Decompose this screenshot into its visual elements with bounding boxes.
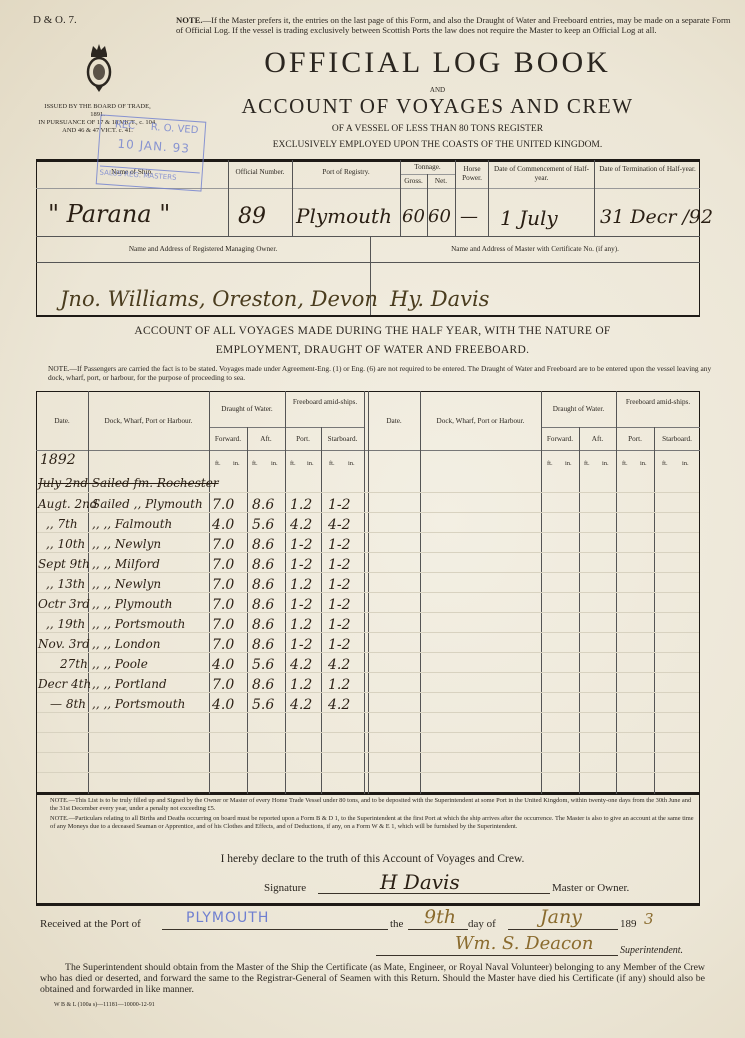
ruled-line — [37, 652, 699, 653]
col-date-2: Date. — [368, 417, 420, 426]
row-dock: ,, ,, Poole — [92, 657, 148, 671]
year-entry: 1892 — [40, 452, 76, 468]
row-aft: 8.6 — [252, 557, 274, 573]
col-port: Port. — [285, 435, 321, 444]
row-date: ,, 13th — [46, 577, 85, 591]
unit-ft: ft. — [329, 460, 335, 467]
ruled-line — [37, 752, 699, 753]
row-date: Nov. 3rd — [38, 637, 90, 651]
form-code: D & O. 7. — [33, 14, 77, 26]
col-port-2: Port. — [616, 435, 654, 444]
ruled-line — [37, 572, 699, 573]
unit-in: in. — [348, 460, 355, 467]
unit-in: in. — [640, 460, 647, 467]
official-number-value: 89 — [238, 204, 266, 229]
received-port-stamp: PLYMOUTH — [186, 910, 269, 926]
superintendent-note: The Superintendent should obtain from th… — [40, 962, 705, 995]
col-forward-2: Forward. — [541, 435, 579, 444]
divider — [488, 160, 489, 236]
ruled-line — [37, 772, 699, 773]
row-forward: 7.0 — [212, 577, 234, 593]
label-commencement: Date of Commencement of Half-year. — [490, 165, 593, 183]
row-aft: 8.6 — [252, 637, 274, 653]
row-starboard: 1-2 — [328, 617, 351, 633]
printer-imprint: W B & L (100a s)—11181—10000-12-91 — [54, 1002, 155, 1008]
row-dock: ,, ,, Portland — [92, 677, 167, 691]
row-starboard: 1-2 — [328, 637, 351, 653]
row-forward: 7.0 — [212, 617, 234, 633]
row-dock: ,, ,, Portsmouth — [92, 697, 185, 711]
signature-label: Signature — [264, 882, 306, 894]
net-value: 60 — [428, 206, 451, 227]
ruled-line — [37, 532, 699, 533]
unit-in: in. — [271, 460, 278, 467]
col-draught: Draught of Water. — [209, 405, 285, 414]
row-aft: 5.6 — [252, 697, 274, 713]
row-date: Decr 4th — [38, 677, 91, 691]
row-dock: Sailed ,, Plymouth — [92, 497, 203, 511]
row-starboard: 1-2 — [328, 577, 351, 593]
row-forward: 7.0 — [212, 537, 234, 553]
col-dock: Dock, Wharf, Port or Harbour. — [88, 417, 209, 426]
voyages-title-line-2: EMPLOYMENT, DRAUGHT OF WATER AND FREEBOA… — [0, 341, 745, 360]
year-value: 3 — [644, 910, 654, 928]
received-label: Received at the Port of — [40, 918, 141, 930]
row-date: ,, 10th — [46, 537, 85, 551]
voyages-section-title: ACCOUNT OF ALL VOYAGES MADE DURING THE H… — [0, 322, 745, 360]
row-aft: 5.6 — [252, 517, 274, 533]
row-starboard: 1-2 — [328, 497, 351, 513]
row-aft: 5.6 — [252, 657, 274, 673]
row-forward: 4.0 — [212, 697, 234, 713]
ruled-line — [37, 712, 699, 713]
col-aft-2: Aft. — [579, 435, 616, 444]
label-owner: Name and Address of Registered Managing … — [36, 245, 370, 254]
label-tonnage: Tonnage. — [400, 163, 455, 172]
row-port: 1-2 — [290, 597, 313, 613]
month-value: Jany — [540, 906, 582, 928]
row-port: 1.2 — [290, 617, 312, 633]
row-port: 1.2 — [290, 577, 312, 593]
row-starboard: 1-2 — [328, 597, 351, 613]
col-starboard: Starboard. — [321, 435, 364, 444]
signature-value: H Davis — [380, 870, 460, 894]
row-dock: ,, ,, Plymouth — [92, 597, 172, 611]
divider — [321, 427, 322, 794]
commencement-value: 1 July — [500, 206, 558, 230]
signature-role: Master or Owner. — [552, 882, 629, 894]
row-date: — 8th — [50, 697, 86, 711]
ruled-line — [37, 492, 699, 493]
row-aft: 8.6 — [252, 677, 274, 693]
divider — [36, 904, 700, 906]
row-forward: 4.0 — [212, 657, 234, 673]
row-aft: 8.6 — [252, 617, 274, 633]
ruled-line — [37, 732, 699, 733]
row-aft: 8.6 — [252, 537, 274, 553]
superintendent-label: Superintendent. — [620, 945, 683, 956]
divider — [36, 262, 700, 263]
divider — [36, 315, 700, 317]
log-book-page: D & O. 7. NOTE.—If the Master prefers it… — [0, 0, 745, 1038]
ruled-line — [37, 552, 699, 553]
unit-ft: ft. — [584, 460, 590, 467]
received-stamp: REC R. O. VED 10 JAN. 93 SALUS REG. MAST… — [96, 114, 207, 191]
unit-ft: ft. — [252, 460, 258, 467]
owner-value: Jno. Williams, Oreston, Devon — [60, 287, 378, 311]
page-title: OFFICIAL LOG BOOK — [0, 46, 745, 80]
row-port: 4.2 — [290, 517, 312, 533]
divider — [209, 427, 364, 428]
row-dock: ,, ,, Newlyn — [92, 537, 161, 551]
unit-ft: ft. — [215, 460, 221, 467]
col-dock-2: Dock, Wharf, Port or Harbour. — [420, 417, 541, 426]
ship-name-value: " Parana " — [48, 200, 170, 228]
col-freeboard: Freeboard amid-ships. — [287, 398, 363, 407]
top-note-label: NOTE. — [176, 15, 203, 25]
divider — [247, 427, 248, 794]
row-date: Augt. 2nd — [38, 497, 98, 511]
divider — [36, 236, 700, 237]
unit-ft: ft. — [290, 460, 296, 467]
first-entry: July 2nd Sailed fm. Rochester — [38, 476, 219, 490]
passengers-note: NOTE.—If Passengers are carried the fact… — [48, 364, 728, 382]
row-forward: 4.0 — [212, 517, 234, 533]
row-forward: 7.0 — [212, 597, 234, 613]
row-forward: 7.0 — [212, 677, 234, 693]
stamp-bottom: SALUS REG. MASTERS — [99, 165, 200, 183]
col-draught-2: Draught of Water. — [541, 405, 616, 414]
row-port: 4.2 — [290, 657, 312, 673]
day-value: 9th — [424, 906, 456, 928]
unit-ft: ft. — [662, 460, 668, 467]
row-date: Octr 3rd — [38, 597, 90, 611]
row-dock: ,, ,, Falmouth — [92, 517, 172, 531]
day-of-label: day of — [468, 918, 496, 930]
ruled-line — [37, 632, 699, 633]
divider — [594, 160, 595, 236]
row-dock: ,, ,, London — [92, 637, 160, 651]
top-note-text: —If the Master prefers it, the entries o… — [176, 15, 731, 35]
col-date: Date. — [36, 417, 88, 426]
row-date: 27th — [60, 657, 88, 671]
unit-ft: ft. — [547, 460, 553, 467]
row-starboard: 1-2 — [328, 537, 351, 553]
horse-power-value: — — [460, 206, 478, 227]
label-horse-power: Horse Power. — [457, 165, 487, 183]
col-freeboard-2: Freeboard amid-ships. — [618, 398, 698, 407]
row-port: 1.2 — [290, 497, 312, 513]
row-starboard: 1-2 — [328, 557, 351, 573]
label-termination: Date of Termination of Half-year. — [596, 165, 699, 174]
ruled-line — [37, 592, 699, 593]
row-port: 4.2 — [290, 697, 312, 713]
unit-ft: ft. — [622, 460, 628, 467]
unit-in: in. — [233, 460, 240, 467]
year-prefix: 189 — [620, 918, 637, 930]
divider — [579, 427, 580, 794]
ruled-line — [37, 692, 699, 693]
superintendent-signature: Wm. S. Deacon — [455, 933, 593, 954]
label-net: Net. — [427, 177, 455, 186]
row-date: ,, 7th — [46, 517, 78, 531]
label-master: Name and Address of Master with Certific… — [370, 245, 700, 254]
row-port: 1.2 — [290, 677, 312, 693]
row-dock: ,, ,, Portsmouth — [92, 617, 185, 631]
row-port: 1-2 — [290, 637, 313, 653]
row-aft: 8.6 — [252, 497, 274, 513]
row-starboard: 4.2 — [328, 697, 350, 713]
unit-in: in. — [307, 460, 314, 467]
row-starboard: 4.2 — [328, 657, 350, 673]
divider — [654, 427, 655, 794]
row-port: 1-2 — [290, 557, 313, 573]
unit-in: in. — [565, 460, 572, 467]
divider — [455, 160, 456, 236]
row-forward: 7.0 — [212, 557, 234, 573]
ruled-line — [37, 612, 699, 613]
voyages-title-line-1: ACCOUNT OF ALL VOYAGES MADE DURING THE H… — [0, 322, 745, 341]
row-starboard: 4-2 — [328, 517, 351, 533]
col-aft: Aft. — [247, 435, 285, 444]
port-registry-value: Plymouth — [296, 204, 392, 228]
unit-in: in. — [682, 460, 689, 467]
row-forward: 7.0 — [212, 497, 234, 513]
top-note: NOTE.—If the Master prefers it, the entr… — [176, 15, 736, 35]
label-gross: Gross. — [400, 177, 427, 186]
label-port-registry: Port of Registry. — [292, 168, 400, 177]
divider — [541, 427, 700, 428]
the-label: the — [390, 918, 403, 930]
divider — [36, 188, 700, 189]
row-dock: ,, ,, Newlyn — [92, 577, 161, 591]
row-date: ,, 19th — [46, 617, 85, 631]
row-forward: 7.0 — [212, 637, 234, 653]
master-value: Hy. Davis — [390, 287, 489, 311]
gross-value: 60 — [402, 206, 425, 227]
col-starboard-2: Starboard. — [654, 435, 700, 444]
row-dock: ,, ,, Milford — [92, 557, 160, 571]
stamp-text-rec: REC — [114, 119, 135, 131]
col-forward: Forward. — [209, 435, 247, 444]
row-date: Sept 9th — [38, 557, 90, 571]
label-official-number: Official Number. — [228, 168, 292, 177]
row-aft: 8.6 — [252, 577, 274, 593]
ruled-line — [37, 512, 699, 513]
ruled-line — [37, 672, 699, 673]
row-starboard: 1.2 — [328, 677, 350, 693]
stamp-text-ro: R. O. VED — [150, 122, 198, 136]
stamp-date: 10 JAN. 93 — [117, 137, 190, 156]
title-and: AND — [0, 86, 745, 94]
termination-value: 31 Decr /92 — [600, 206, 713, 228]
row-port: 1-2 — [290, 537, 313, 553]
unit-in: in. — [602, 460, 609, 467]
row-aft: 8.6 — [252, 597, 274, 613]
